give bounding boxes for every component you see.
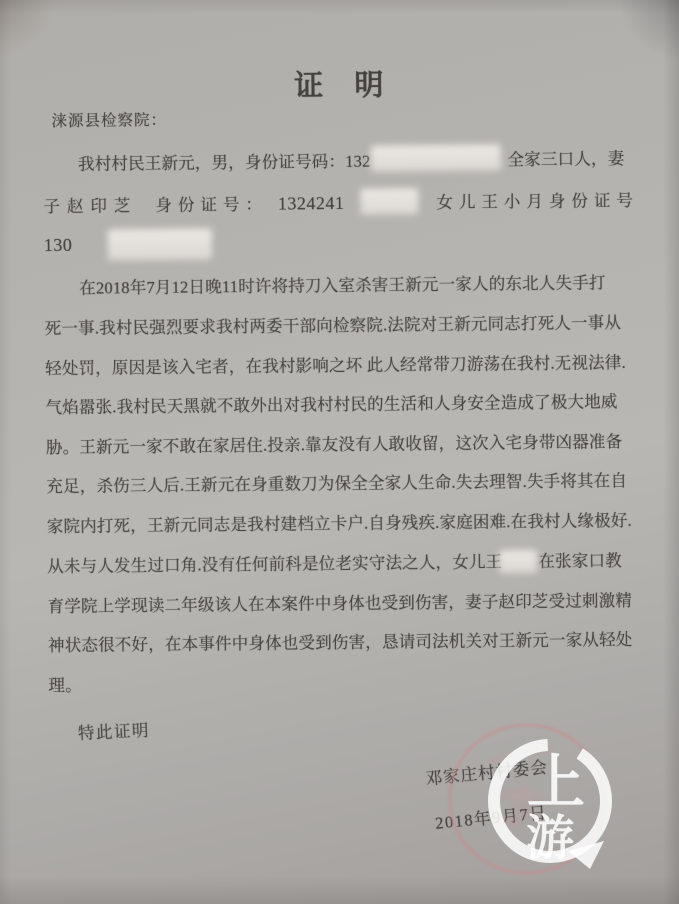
wife-id-prefix: 1324241 — [278, 193, 345, 214]
photo-of-certificate-document: { "colors":{"paper":"#b4b2ae","ink":"#45… — [0, 0, 679, 904]
para1-line3: 130 — [44, 235, 73, 256]
para1-line1: 我村村民王新元，男，身份证号码：132全家三口人，妻 — [78, 145, 625, 175]
redaction-blur-daughter-name — [499, 550, 537, 573]
para1-line1-after: 全家三口人，妻 — [507, 149, 624, 169]
body-line-5: 胁。王新元一家不敢在家居住.投亲.靠友没有人敢收留，这次入宅身带凶器准备 — [46, 428, 623, 458]
salutation-line: 涞源县检察院： — [51, 108, 167, 131]
body-line-8-before: 从未与人发生过口角.没有任何前科是位老实守法之人，女儿王 — [47, 552, 502, 576]
body-line-10: 神状态很不好，在本事件中身体也受到伤害，恳请司法机关对王新元一家从轻处 — [48, 626, 633, 656]
text-gap — [268, 209, 278, 210]
closing-phrase: 特此证明 — [77, 717, 150, 744]
id-label: 身份证号： — [155, 195, 268, 215]
redaction-blur-id-1 — [371, 144, 501, 171]
shangyou-news-watermark: 上 游 — [468, 722, 632, 882]
redaction-blur-id-3 — [108, 228, 212, 260]
body-line-9: 育学院上学现读二年级该人在本案件中身体也受到伤害，妻子赵印芝受过刺激精 — [47, 587, 632, 617]
body-line-1: 在2018年7月12日晚11时许将持刀入室杀害王新元一家人的东北人失手打 — [79, 269, 606, 299]
body-line-11: 理。 — [48, 672, 82, 696]
para1-line1-before: 我村村民王新元，男，身份证号码：132 — [78, 152, 371, 174]
watermark-char-top: 上 — [527, 750, 585, 815]
body-line-4: 气焰嚣张.我村民天黑就不敢外出对我村村民的生活和人身安全造成了极大地威 — [45, 388, 617, 418]
redaction-blur-id-2 — [360, 188, 418, 215]
watermark-char-bottom: 游 — [526, 812, 574, 865]
para1-line2-after: 女儿王小月身份证号 — [436, 191, 639, 212]
body-line-7: 家院内打死，王新元同志是我村建档立卡户.自身残疾.家庭困难.在我村人缘极好. — [47, 507, 632, 537]
document-title: 证 明 — [294, 62, 387, 104]
body-line-3: 轻处罚，原因是该入宅者，在我村影响之坏 此人经常带刀游荡在我村.无视法律. — [45, 349, 626, 379]
body-line-2: 死一事.我村民强烈要求我村两委干部向检察院.法院对王新元同志打死人一事从 — [45, 309, 622, 339]
body-line-8-after: 在张家口教 — [538, 551, 622, 571]
para1-line2: 子赵印芝身份证号：1324241女儿王小月身份证号 — [43, 187, 639, 217]
daughter-id-prefix: 130 — [44, 235, 73, 255]
wife-name: 子赵印芝 — [43, 196, 137, 216]
text-gap — [137, 210, 155, 211]
body-line-6: 充足，杀伤三人后.王新元在身重数刀为保全全家人生命.失去理智.失手将其在自 — [46, 467, 627, 497]
